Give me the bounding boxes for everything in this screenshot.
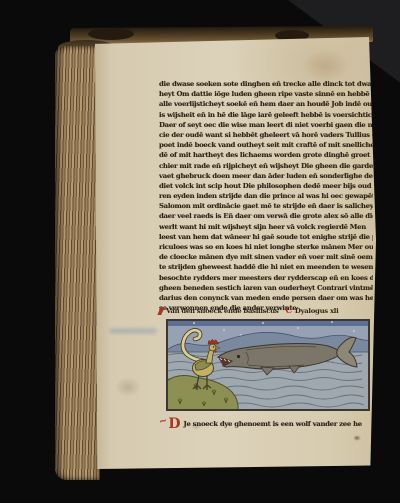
- body-text-block: die dwase soeken sote dinghen eñ trecke …: [159, 79, 373, 313]
- fish-eye: [237, 355, 240, 358]
- text-line: leest van hem dat wāneer hi gaē soude to…: [159, 232, 373, 242]
- basilisk-wattle: [214, 350, 217, 353]
- text-line: cie der oudē want si hebbēt gheleert vā …: [159, 130, 373, 140]
- text-line: gheen beneden sestich iaren van ouderhey…: [159, 283, 373, 293]
- text-line: Daer of seyt oec die wise man leert di n…: [159, 120, 373, 130]
- book-fore-edge-pages: [55, 46, 100, 480]
- photo-of-incunable-page: die dwase soeken sote dinghen eñ trecke …: [0, 0, 400, 503]
- text-line: heyt Om dattie iōge luden gheen ripe vas…: [159, 89, 373, 99]
- page-smudge: [115, 377, 141, 397]
- text-line: te strijden gheweest haddē die hi niet e…: [159, 262, 373, 272]
- page-stain: [303, 49, 349, 83]
- red-paraph-icon: [157, 307, 165, 315]
- chapter-rubric: Van den snoeck ende basiliscus C Dyalogu…: [159, 305, 373, 316]
- text-line: werlt want hi mit wijsheyt sijn heer vā …: [159, 222, 373, 232]
- basilisk-eye: [213, 346, 214, 347]
- book-page: die dwase soeken sote dinghen eñ trecke …: [95, 37, 376, 469]
- rubric-title: Van den snoeck ende basiliscus: [166, 307, 278, 315]
- text-line: daer veel raeds is Eñ daer om verwā die …: [159, 211, 373, 221]
- text-line: ren eyden inden strijde dan die prince a…: [159, 191, 373, 201]
- top-edge-corner-shadow: [88, 28, 134, 40]
- incipit-line: ~DJe snoeck dye ghenoemt is een wolf van…: [159, 411, 373, 427]
- ink-offset-smear: [109, 328, 157, 334]
- text-line: die dwase soeken sote dinghen eñ trecke …: [159, 79, 373, 89]
- text-line: alle voerlijsticheyt soekē eñ hem daer a…: [159, 99, 373, 109]
- text-line: is wijsheit eñ in hē die lāge iarē gelee…: [159, 110, 373, 120]
- woodcut-illustration: [166, 319, 370, 411]
- basilisk-head: [209, 344, 216, 351]
- text-line: dē of mit hartheyt des lichaems worden g…: [159, 150, 373, 160]
- text-line: chier mit rade eñ rijpicheyt eñ wijsheyt…: [159, 161, 373, 171]
- text-line: riculoes was so en koes hi niet ionghe s…: [159, 242, 373, 252]
- text-line: darius den conynck van meden ende persen…: [159, 293, 373, 303]
- red-lombard-initial: D: [168, 417, 180, 431]
- text-line: de cloecke mānen dye mit sinen vader eñ …: [159, 252, 373, 262]
- red-flourish-icon: ~: [158, 415, 169, 428]
- text-line: vaet ghebruck doen meer dan āder luden e…: [159, 171, 373, 181]
- capitulum-icon: C: [285, 306, 291, 316]
- text-line: diet volck int scip hout Die philosophen…: [159, 181, 373, 191]
- text-line: poet indē boeck vand outheyt seit mit cr…: [159, 140, 373, 150]
- text-line: besochte rydders mer meesters der rydder…: [159, 273, 373, 283]
- rubric-chapter-number: Dyalogus xli: [295, 307, 339, 315]
- incipit-text: Je snoeck dye ghenoemt is een wolf vande…: [184, 420, 362, 428]
- page-speck: [353, 435, 361, 441]
- text-line: Salomon mit ordinācie gaet mē te strijde…: [159, 201, 373, 211]
